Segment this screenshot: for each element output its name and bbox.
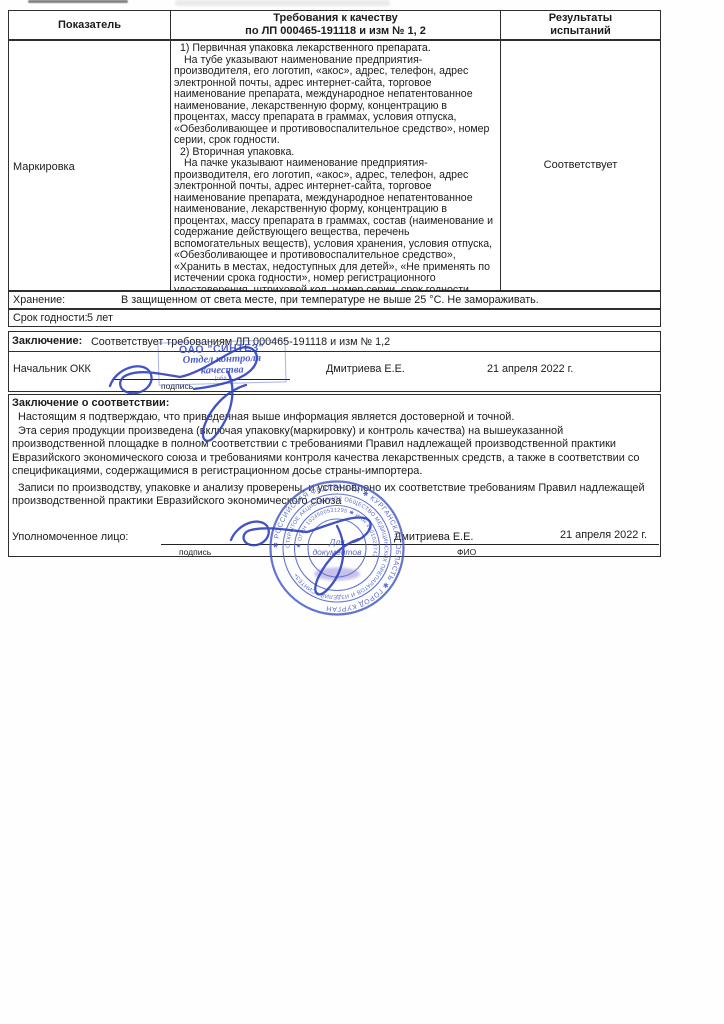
header-requirements-line2: по ЛП 000465-191118 и изм № 1, 2 xyxy=(245,25,426,38)
col-header-requirements: Требования к качеству по ЛП 000465-19111… xyxy=(171,11,501,41)
header-results-line1: Результаты xyxy=(549,12,612,25)
scanned-quality-certificate: Показатель Требования к качеству по ЛП 0… xyxy=(0,0,724,1024)
qc-chief-name: Дмитриева Е.Е. xyxy=(326,363,405,375)
authorized-sign-date: 21 апреля 2022 г. xyxy=(560,529,647,542)
qc-sign-date: 21 апреля 2022 г. xyxy=(487,363,573,375)
indicator-value: Маркировка xyxy=(13,161,75,173)
handwritten-signature-icon xyxy=(96,334,326,446)
shelf-life-value: 5 лет xyxy=(87,312,113,324)
cell-result: Соответствует xyxy=(501,41,660,308)
storage-row: Хранение: В защищенном от света месте, п… xyxy=(8,291,661,309)
storage-value: В защищенном от света месте, при темпера… xyxy=(121,294,539,306)
authorized-person-label: Уполномоченное лицо: xyxy=(12,531,128,544)
requirement-paragraph: На пачке указывают наименование предприя… xyxy=(174,158,498,308)
header-results-line2: испытаний xyxy=(550,25,611,38)
shelf-life-label: Срок годности: xyxy=(9,312,88,324)
col-header-indicator: Показатель xyxy=(9,11,171,41)
fio-caption: ФИО xyxy=(457,546,476,559)
header-indicator-text: Показатель xyxy=(58,19,121,32)
col-header-results: Результаты испытаний xyxy=(501,11,660,41)
scan-artifact-dark xyxy=(28,0,128,3)
qc-chief-label: Начальник ОКК xyxy=(13,363,91,375)
result-value: Соответствует xyxy=(544,159,618,171)
handwritten-signature-icon xyxy=(215,498,425,598)
spec-table: Показатель Требования к качеству по ЛП 0… xyxy=(8,10,661,291)
scan-artifact-light xyxy=(175,0,390,6)
storage-label: Хранение: xyxy=(9,294,65,306)
header-requirements-line1: Требования к качеству xyxy=(273,12,398,25)
conclusion-label: Заключение: xyxy=(12,335,82,347)
cell-requirements: 1) Первичная упаковка лекарственного пре… xyxy=(171,41,501,308)
cell-indicator: Маркировка xyxy=(9,41,171,308)
shelf-life-row: Срок годности: 5 лет xyxy=(8,309,661,327)
requirement-paragraph: 1) Первичная упаковка лекарственного пре… xyxy=(180,43,498,55)
requirement-paragraph: На тубе указывают наименование предприят… xyxy=(174,55,498,147)
signature-caption: подпись xyxy=(179,546,211,559)
